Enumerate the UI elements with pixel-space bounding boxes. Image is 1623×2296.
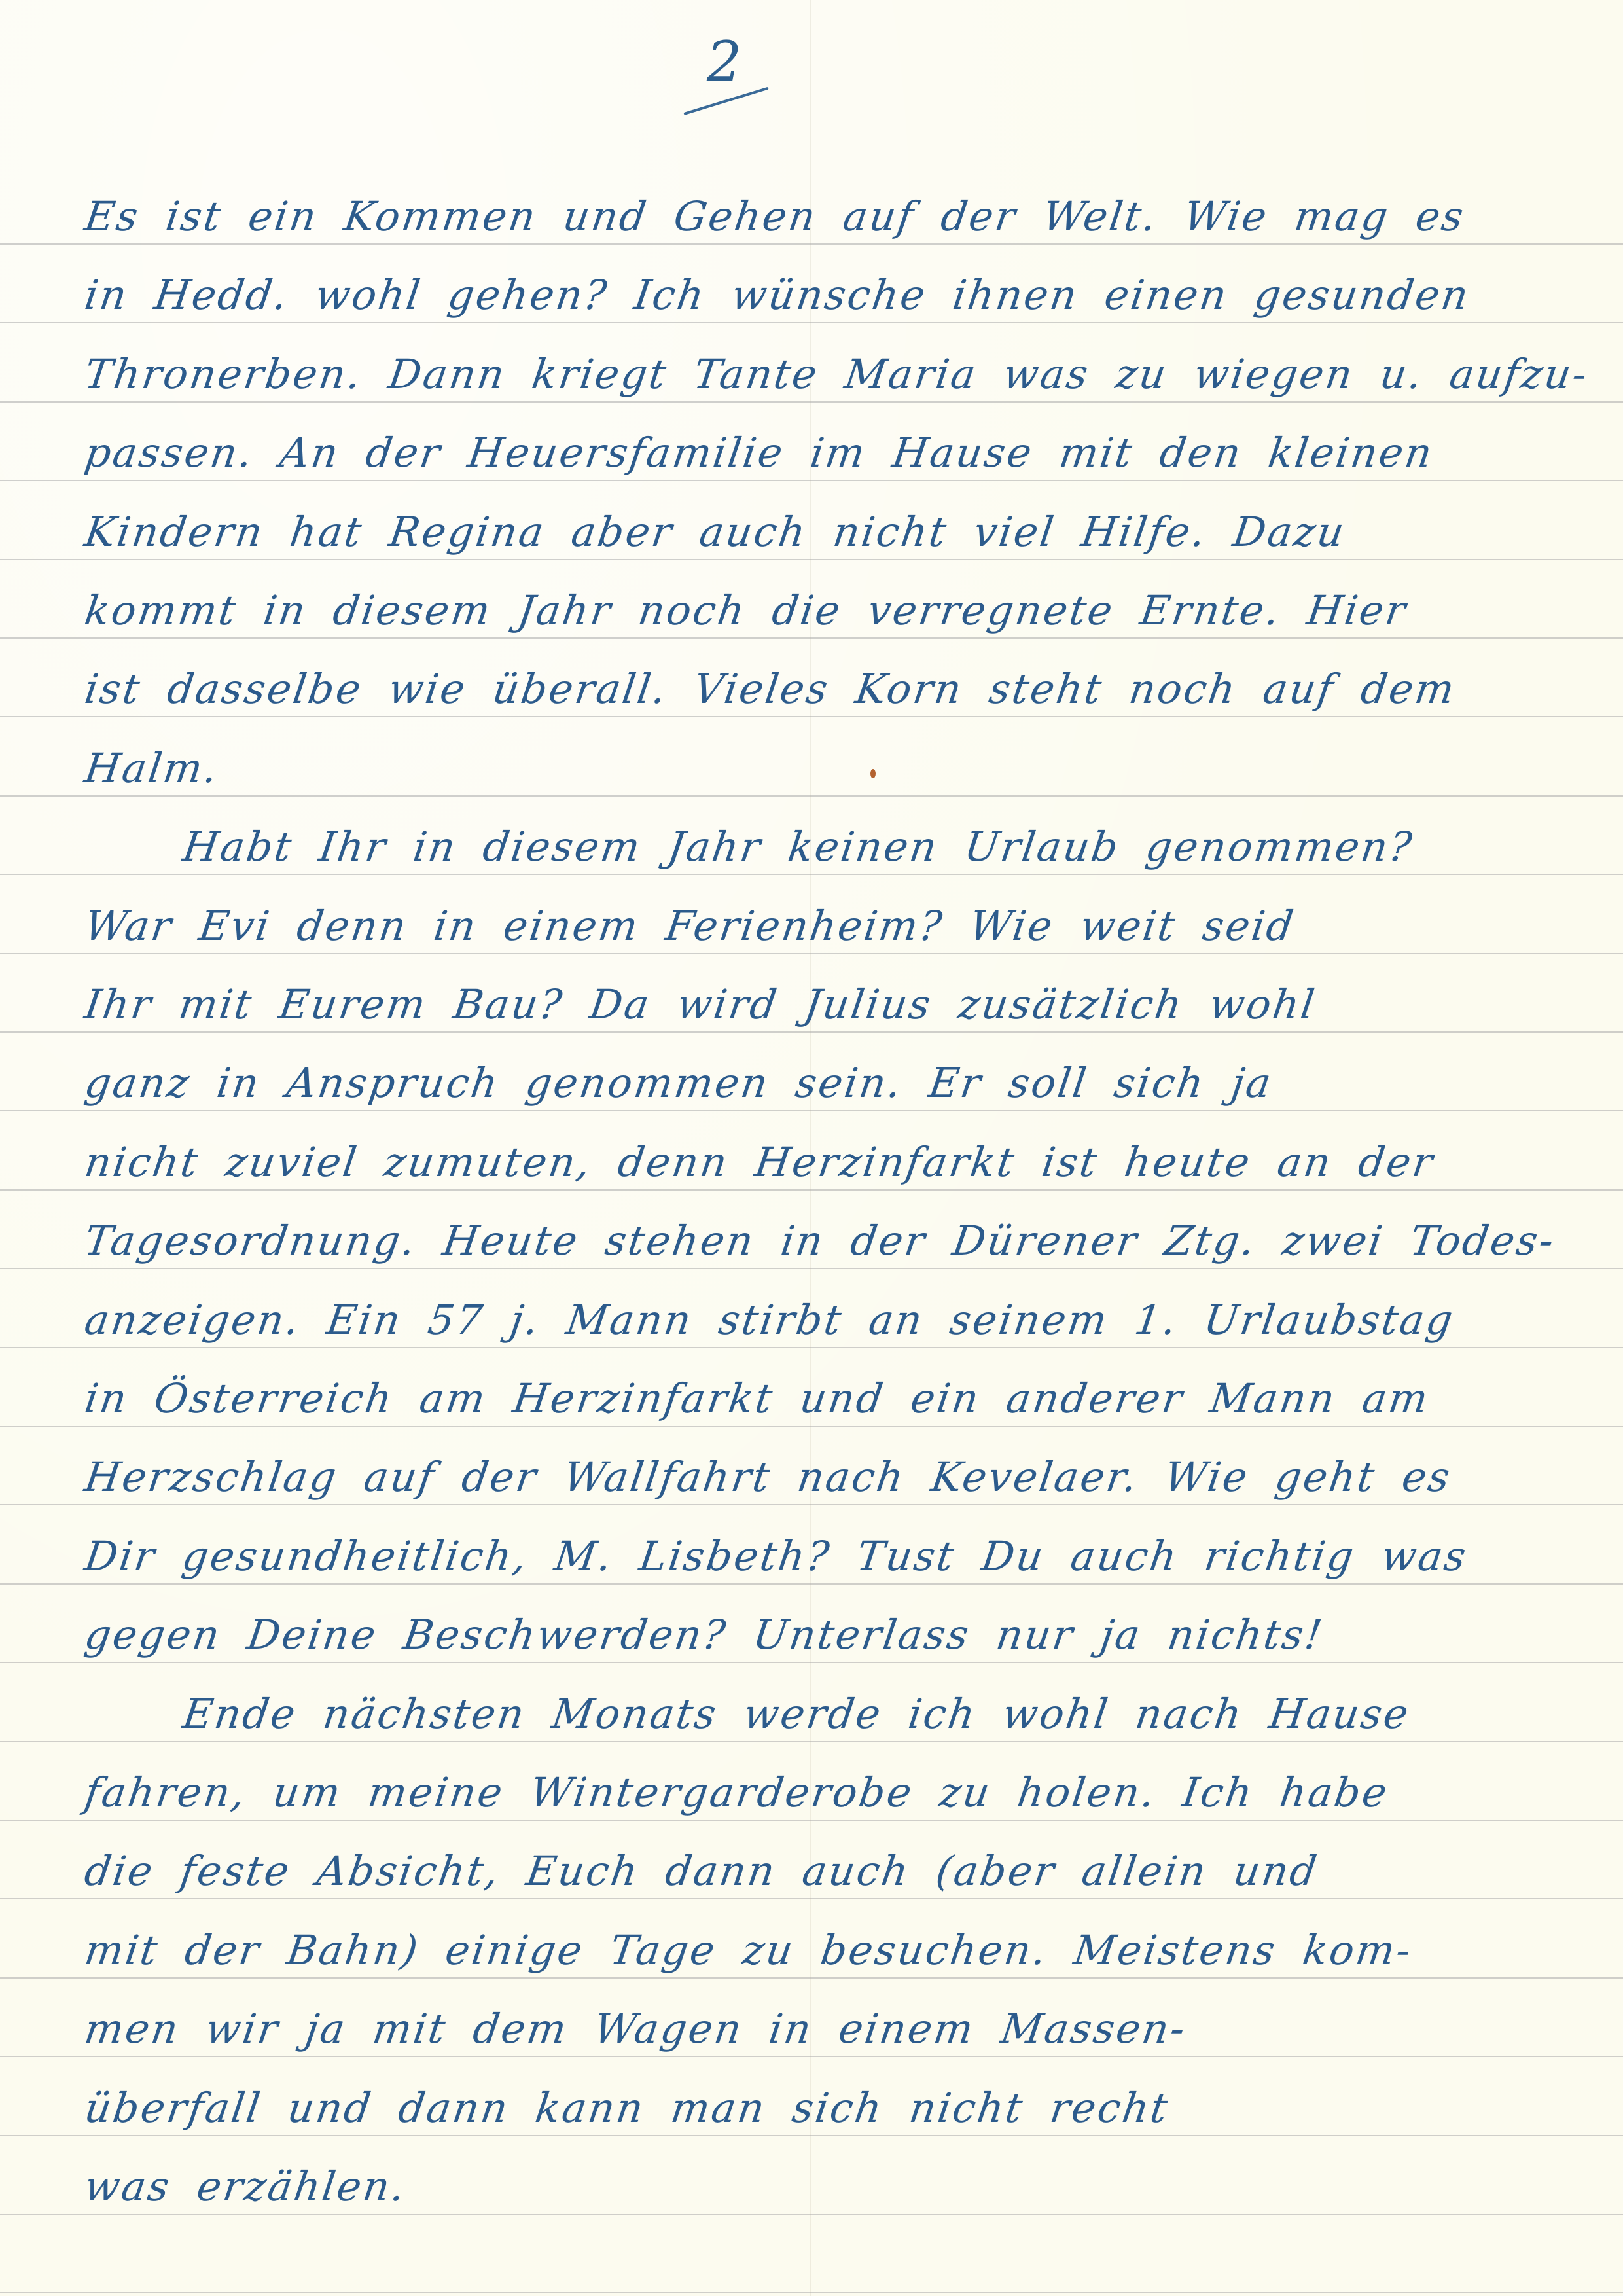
letter-line: überfall und dann kann man sich nicht re… — [80, 2072, 1595, 2144]
letter-line: fahren, um meine Wintergarderobe zu hole… — [80, 1757, 1595, 1829]
letter-line: Tagesordnung. Heute stehen in der Dürene… — [80, 1205, 1595, 1277]
letter-line: mit der Bahn) einige Tage zu besuchen. M… — [80, 1914, 1595, 1986]
letter-line: Kindern hat Regina aber auch nicht viel … — [80, 496, 1595, 568]
letter-line: ganz in Anspruch genommen sein. Er soll … — [80, 1047, 1595, 1119]
ink-spot — [870, 769, 876, 778]
letter-line: Herzschlag auf der Wallfahrt nach Kevela… — [80, 1441, 1595, 1513]
letter-line: Es ist ein Kommen und Gehen auf der Welt… — [80, 181, 1595, 253]
letter-line: Thronerben. Dann kriegt Tante Maria was … — [80, 338, 1595, 410]
page-number: 2 — [707, 34, 741, 89]
letter-line: Ihr mit Eurem Bau? Da wird Julius zusätz… — [80, 969, 1595, 1041]
letter-line: in Hedd. wohl gehen? Ich wünsche ihnen e… — [80, 259, 1595, 331]
letter-line: Dir gesundheitlich, M. Lisbeth? Tust Du … — [80, 1520, 1595, 1592]
ruled-line — [0, 2292, 1623, 2293]
letter-line: Ende nächsten Monats werde ich wohl nach… — [178, 1678, 1623, 1750]
letter-line: anzeigen. Ein 57 j. Mann stirbt an seine… — [80, 1284, 1595, 1356]
letter-line: ist dasselbe wie überall. Vieles Korn st… — [80, 653, 1595, 725]
letter-line: nicht zuviel zumuten, denn Herzinfarkt i… — [80, 1126, 1595, 1198]
letter-line: men wir ja mit dem Wagen in einem Massen… — [80, 1993, 1595, 2065]
letter-line: War Evi denn in einem Ferienheim? Wie we… — [80, 890, 1595, 962]
letter-line: kommt in diesem Jahr noch die verregnete… — [80, 575, 1595, 647]
letter-line: Halm. — [80, 732, 1595, 804]
letter-line: passen. An der Heuersfamilie im Hause mi… — [80, 417, 1595, 489]
letter-line: in Österreich am Herzinfarkt und ein and… — [80, 1363, 1595, 1435]
letter-line: gegen Deine Beschwerden? Unterlass nur j… — [80, 1599, 1595, 1671]
letter-line: Habt Ihr in diesem Jahr keinen Urlaub ge… — [178, 811, 1623, 883]
letter-line: die feste Absicht, Euch dann auch (aber … — [80, 1835, 1595, 1907]
letter-line: was erzählen. — [80, 2151, 1595, 2223]
